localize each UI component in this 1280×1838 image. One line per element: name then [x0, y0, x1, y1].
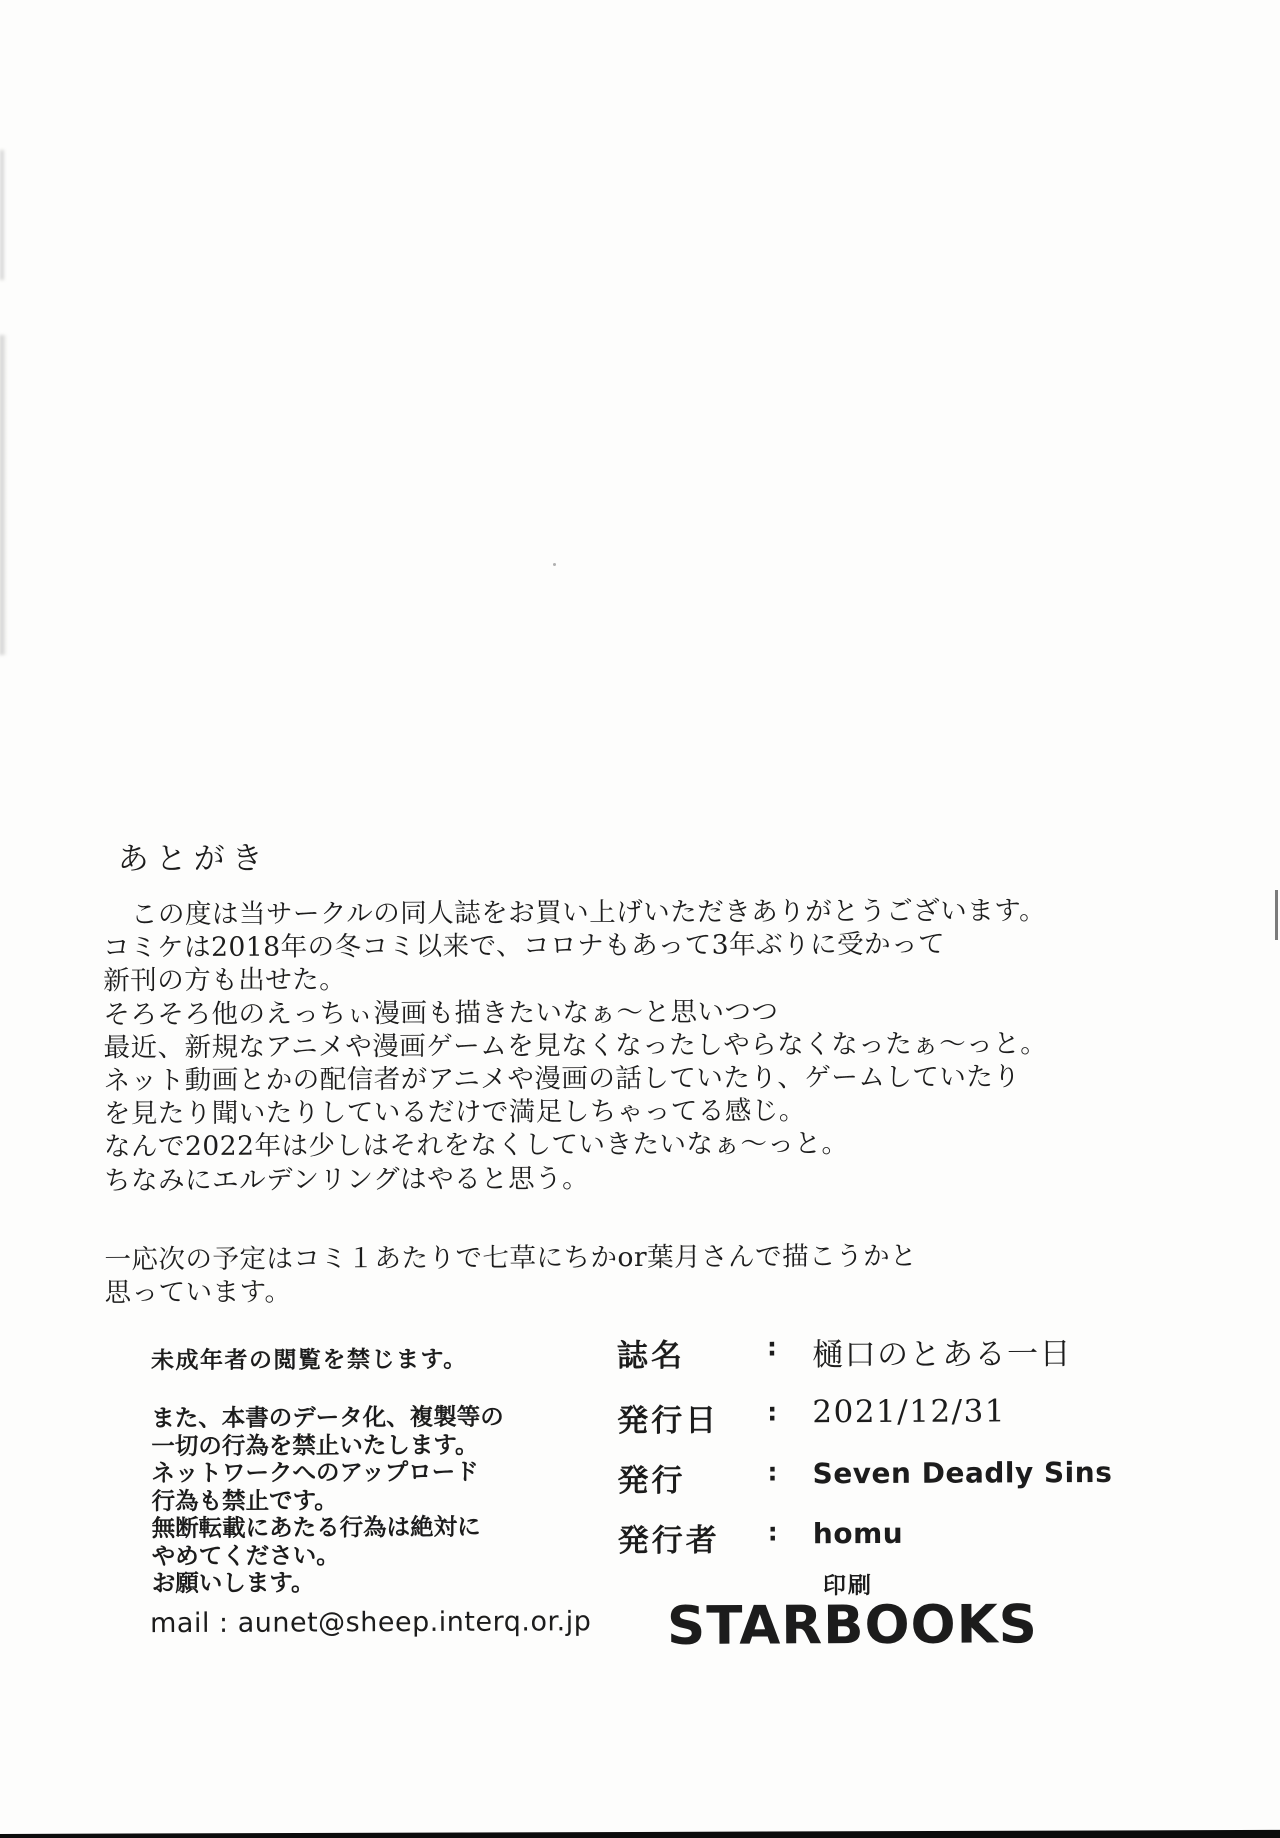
colophon-row-title: 誌名 : 樋口のとある一日: [617, 1328, 1072, 1375]
notice-line: 行為も禁止です。: [151, 1486, 504, 1515]
printer-name: STARBOOKS: [667, 1594, 1038, 1657]
afterword-line: コミケは2018年の冬コミ以来で、コロナもあって3年ぶりに受かって: [103, 927, 1047, 964]
colophon-label: 発行: [617, 1454, 762, 1500]
afterword-line: ちなみにエルデンリングはやると思う。: [104, 1160, 1048, 1197]
colophon-label: 誌名: [617, 1329, 762, 1375]
plan-line: 思っています。: [105, 1273, 918, 1310]
age-restriction-notice: 未成年者の閲覧を禁じます。: [151, 1341, 468, 1375]
afterword-line: ネット動画とかの配信者がアニメや漫画の話していたり、ゲームしていたり: [104, 1060, 1048, 1097]
colophon-row-circle: 発行 : Seven Deadly Sins: [617, 1453, 1112, 1500]
afterword-line: 新刊の方も出せた。: [103, 961, 1047, 998]
afterword-line: 最近、新規なアニメや漫画ゲームを見なくなったしやらなくなったぁ〜っと。: [103, 1027, 1047, 1064]
plan-line: 一応次の予定はコミ１あたりで七草にちかor葉月さんで描こうかと: [104, 1240, 917, 1277]
publish-date: 2021/12/31: [812, 1393, 1006, 1430]
colophon-colon: :: [768, 1514, 808, 1546]
colophon-row-publish-date: 発行日 : 2021/12/31: [617, 1393, 1006, 1440]
afterword-line: この度は当サークルの同人誌をお買い上げいただきありがとうございます。: [103, 894, 1047, 931]
page-content: あとがき この度は当サークルの同人誌をお買い上げいただきありがとうございます。 …: [0, 0, 1280, 1838]
afterword-paragraph: この度は当サークルの同人誌をお買い上げいただきありがとうございます。 コミケは2…: [103, 894, 1048, 1197]
circle-name: Seven Deadly Sins: [813, 1453, 1113, 1490]
afterword-heading: あとがき: [118, 833, 270, 879]
afterword-line: なんで2022年は少しはそれをなくしていきたいなぁ〜っと。: [104, 1127, 1048, 1164]
notice-line: ネットワークへのアップロード: [151, 1459, 504, 1488]
notice-line: お願いします。: [152, 1569, 505, 1598]
scanned-afterword-page: あとがき この度は当サークルの同人誌をお買い上げいただきありがとうございます。 …: [0, 0, 1280, 1838]
publisher-name: homu: [813, 1514, 903, 1550]
colophon-row-publisher: 発行者 : homu: [618, 1514, 904, 1560]
colophon-colon: :: [767, 1394, 807, 1426]
colophon-label: 発行日: [617, 1394, 762, 1440]
colophon-colon: :: [767, 1454, 807, 1486]
contact-mail: mail : aunet@sheep.interq.or.jp: [150, 1606, 591, 1639]
notice-line: また、本書のデータ化、複製等の: [151, 1404, 504, 1433]
afterword-line: そろそろ他のえっちぃ漫画も描きたいなぁ〜と思いつつ: [103, 994, 1047, 1031]
copy-prohibition-notice: また、本書のデータ化、複製等の 一切の行為を禁止いたします。 ネットワークへのア…: [151, 1404, 504, 1598]
colophon-colon: :: [767, 1329, 807, 1361]
next-plan-paragraph: 一応次の予定はコミ１あたりで七草にちかor葉月さんで描こうかと 思っています。: [104, 1240, 917, 1310]
book-title: 樋口のとある一日: [812, 1328, 1072, 1374]
afterword-line: を見たり聞いたりしているだけで満足しちゃってる感じ。: [104, 1093, 1048, 1130]
notice-line: 無断転載にあたる行為は絶対に: [152, 1514, 505, 1543]
notice-line: やめてください。: [152, 1541, 505, 1570]
notice-line: 一切の行為を禁止いたします。: [151, 1431, 504, 1460]
colophon-label: 発行者: [618, 1514, 763, 1560]
